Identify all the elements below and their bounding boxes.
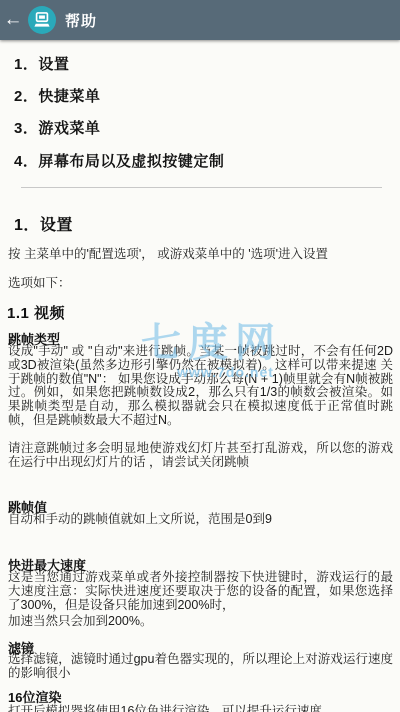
toc-item-layout[interactable]: 4．屏幕布局以及虚拟按键定制: [14, 150, 224, 171]
frameskip-value-body: 自动和手动的跳帧值就如上文所说，范围是0到9: [8, 513, 393, 527]
ds-console-icon: [32, 10, 52, 30]
toc-item-game-menu[interactable]: 3．游戏菜单: [14, 117, 100, 138]
section1-intro: 按 主菜单中的'配置选项'， 或游戏菜单中的 '选项'进入设置: [8, 248, 393, 262]
frameskip-type-body: 设成"手动" 或 "自动"来进行跳帧。当某一帧被跳过时，不会有任何2D或3D被渲…: [8, 345, 393, 428]
filter-body: 选择滤镜，滤镜时通过gpu着色器实现的，所以理论上对游戏运行速度的影响很小: [8, 653, 393, 681]
toc-item-settings[interactable]: 1．设置: [14, 53, 69, 74]
bit16-body-clipped: 打开后模拟器将使用16位色进行渲染，可以提升运行速度: [8, 705, 393, 712]
app-logo-icon: [28, 6, 56, 34]
toc-item-quick-menu[interactable]: 2．快捷菜单: [14, 85, 100, 106]
fastforward-body2: 加速当然只会加到200%。: [8, 615, 393, 629]
section-divider: [21, 187, 382, 188]
fastforward-body: 这是当您通过游戏菜单或者外接控制器按下快进键时，游戏运行的最大速度注意：实际快进…: [8, 571, 393, 612]
video-subsection-title: 1.1 视频: [7, 302, 65, 323]
back-icon[interactable]: ←: [0, 0, 26, 40]
section1-title: 1．设置: [14, 212, 73, 235]
app-bar: ← 帮助: [0, 0, 400, 40]
page-title: 帮助: [65, 10, 97, 31]
frameskip-note: 请注意跳帧过多会明显地使游戏幻灯片甚至打乱游戏，所以您的游戏在运行中出现幻灯片的…: [8, 442, 393, 470]
section1-intro2: 选项如下：: [8, 277, 393, 291]
help-screen: ← 帮助 1．设置 2．快捷菜单 3．游戏菜单 4．屏幕布局以及虚拟按键定制 1…: [0, 0, 400, 712]
